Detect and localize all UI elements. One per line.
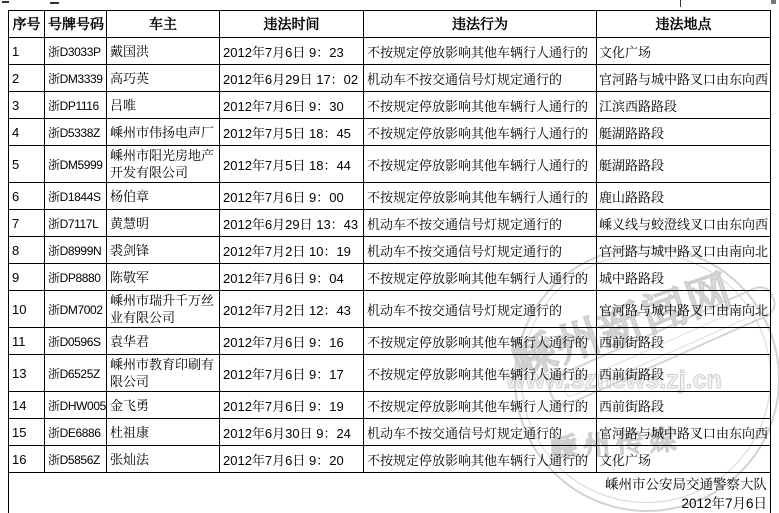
cell-plate: 浙DP8880 xyxy=(45,264,107,291)
table-body: 1浙D3033P戴国洪2012年7月6日 9：23不按规定停放影响其他车辆行人通… xyxy=(9,38,771,513)
table-row: 2浙DM3339高巧英2012年6月29日 17：02机动车不按交通信号灯规定通… xyxy=(9,65,771,92)
table-row: 13浙D6525Z嵊州市教育印刷有限公司2012年7月6日 9：17不按规定停放… xyxy=(9,355,771,392)
cell-owner: 高巧英 xyxy=(107,65,220,92)
table-row: 8浙D8999N裘剑锋2012年7月2日 10：19机动车不按交通信号灯规定通行… xyxy=(9,237,771,264)
cell-no: 4 xyxy=(9,119,45,146)
cell-time: 2012年7月5日 18：45 xyxy=(220,119,364,146)
cell-no: 7 xyxy=(9,210,45,237)
cell-owner: 陈敬军 xyxy=(107,264,220,291)
cell-violation: 机动车不按交通信号灯规定通行的 xyxy=(364,291,597,328)
cell-no: 3 xyxy=(9,92,45,119)
table-row: 11浙D0596S袁华君2012年7月6日 9：16不按规定停放影响其他车辆行人… xyxy=(9,328,771,355)
cell-plate: 浙D8999N xyxy=(45,237,107,264)
cell-location: 鹿山路路段 xyxy=(597,183,771,210)
cell-time: 2012年7月6日 9：17 xyxy=(220,355,364,392)
cell-violation: 不按规定停放影响其他车辆行人通行的 xyxy=(364,183,597,210)
cell-owner: 裘剑锋 xyxy=(107,237,220,264)
cell-location: 西前街路段 xyxy=(597,392,771,419)
signature-row: 嵊州市公安局交通警察大队2012年7月6日 xyxy=(9,473,771,513)
signature-cell: 嵊州市公安局交通警察大队2012年7月6日 xyxy=(9,473,771,513)
table-row: 9浙DP8880陈敬军2012年7月6日 9：04不按规定停放影响其他车辆行人通… xyxy=(9,264,771,291)
cell-owner: 黄慧明 xyxy=(107,210,220,237)
cell-time: 2012年6月30日 9：24 xyxy=(220,419,364,446)
cell-time: 2012年7月6日 9：19 xyxy=(220,392,364,419)
cell-plate: 浙D6525Z xyxy=(45,355,107,392)
cell-violation: 机动车不按交通信号灯规定通行的 xyxy=(364,65,597,92)
column-header: 车主 xyxy=(107,11,220,38)
cell-violation: 不按规定停放影响其他车辆行人通行的 xyxy=(364,328,597,355)
cell-owner: 嵊州市瑞升千万丝业有限公司 xyxy=(107,291,220,328)
clipped-text-remnant xyxy=(680,0,681,7)
cell-plate: 浙DHW005 xyxy=(45,392,107,419)
table-row: 3浙DP1116吕唯2012年7月6日 9：30不按规定停放影响其他车辆行人通行… xyxy=(9,92,771,119)
cell-no: 2 xyxy=(9,65,45,92)
cell-owner: 袁华君 xyxy=(107,328,220,355)
cell-plate: 浙DE6886 xyxy=(45,419,107,446)
clipped-text-remnant xyxy=(50,2,59,4)
cell-location: 艇湖路路段 xyxy=(597,119,771,146)
cell-no: 9 xyxy=(9,264,45,291)
cell-owner: 金飞勇 xyxy=(107,392,220,419)
cell-owner: 嵊州市教育印刷有限公司 xyxy=(107,355,220,392)
cell-time: 2012年7月5日 18：44 xyxy=(220,146,364,183)
cell-time: 2012年7月6日 9：00 xyxy=(220,183,364,210)
cell-location: 西前街路段 xyxy=(597,355,771,392)
cell-no: 1 xyxy=(9,38,45,65)
cell-time: 2012年6月29日 13：43 xyxy=(220,210,364,237)
cell-owner: 嵊州市伟扬电声厂 xyxy=(107,119,220,146)
cell-violation: 不按规定停放影响其他车辆行人通行的 xyxy=(364,392,597,419)
cell-location: 官河路与城中路叉口由东向西 xyxy=(597,419,771,446)
cell-location: 官河路与城中路叉口由东向西 xyxy=(597,65,771,92)
cell-time: 2012年7月6日 9：04 xyxy=(220,264,364,291)
cell-plate: 浙DM7002 xyxy=(45,291,107,328)
cell-plate: 浙D5338Z xyxy=(45,119,107,146)
cell-owner: 张灿法 xyxy=(107,446,220,473)
column-header: 序号 xyxy=(9,11,45,38)
column-header: 违法行为 xyxy=(364,11,597,38)
cell-plate: 浙D7117L xyxy=(45,210,107,237)
cell-owner: 嵊州市阳光房地产开发有限公司 xyxy=(107,146,220,183)
cell-time: 2012年7月2日 10：19 xyxy=(220,237,364,264)
cell-location: 文化广场 xyxy=(597,446,771,473)
cell-owner: 吕唯 xyxy=(107,92,220,119)
table-row: 6浙D1844S杨伯章2012年7月6日 9：00不按规定停放影响其他车辆行人通… xyxy=(9,183,771,210)
cell-location: 艇湖路路段 xyxy=(597,146,771,183)
cell-no: 11 xyxy=(9,328,45,355)
cell-violation: 机动车不按交通信号灯规定通行的 xyxy=(364,419,597,446)
cell-no: 10 xyxy=(9,291,45,328)
cell-violation: 机动车不按交通信号灯规定通行的 xyxy=(364,210,597,237)
cell-owner: 杜祖康 xyxy=(107,419,220,446)
page: 嵊州新闻网 www.sznews.zj.cn 嵊州传媒 序号号牌号码车主违法时间… xyxy=(0,0,779,513)
clipped-text-remnant xyxy=(771,0,776,4)
cell-plate: 浙DP1116 xyxy=(45,92,107,119)
table-row: 4浙D5338Z嵊州市伟扬电声厂2012年7月5日 18：45不按规定停放影响其… xyxy=(9,119,771,146)
cell-time: 2012年7月6日 9：20 xyxy=(220,446,364,473)
table-row: 7浙D7117L黄慧明2012年6月29日 13：43机动车不按交通信号灯规定通… xyxy=(9,210,771,237)
header-row: 序号号牌号码车主违法时间违法行为违法地点 xyxy=(9,11,771,38)
table-row: 5浙DM5999嵊州市阳光房地产开发有限公司2012年7月5日 18：44不按规… xyxy=(9,146,771,183)
cell-owner: 杨伯章 xyxy=(107,183,220,210)
cell-no: 14 xyxy=(9,392,45,419)
cell-violation: 不按规定停放影响其他车辆行人通行的 xyxy=(364,355,597,392)
cell-time: 2012年7月6日 9：23 xyxy=(220,38,364,65)
cell-plate: 浙D1844S xyxy=(45,183,107,210)
cell-no: 8 xyxy=(9,237,45,264)
table-row: 14浙DHW005金飞勇2012年7月6日 9：19不按规定停放影响其他车辆行人… xyxy=(9,392,771,419)
cell-violation: 不按规定停放影响其他车辆行人通行的 xyxy=(364,446,597,473)
cell-violation: 不按规定停放影响其他车辆行人通行的 xyxy=(364,146,597,183)
column-header: 违法时间 xyxy=(220,11,364,38)
cell-no: 5 xyxy=(9,146,45,183)
cell-time: 2012年7月6日 9：16 xyxy=(220,328,364,355)
cell-no: 13 xyxy=(9,355,45,392)
cell-plate: 浙D5856Z xyxy=(45,446,107,473)
cell-location: 官河路与城中路叉口由南向北 xyxy=(597,237,771,264)
cell-plate: 浙DM5999 xyxy=(45,146,107,183)
table-row: 15浙DE6886杜祖康2012年6月30日 9：24机动车不按交通信号灯规定通… xyxy=(9,419,771,446)
cell-plate: 浙DM3339 xyxy=(45,65,107,92)
cell-location: 文化广场 xyxy=(597,38,771,65)
column-header: 号牌号码 xyxy=(45,11,107,38)
cell-no: 16 xyxy=(9,446,45,473)
cell-time: 2012年7月2日 12：43 xyxy=(220,291,364,328)
cell-no: 15 xyxy=(9,419,45,446)
cell-violation: 不按规定停放影响其他车辆行人通行的 xyxy=(364,264,597,291)
cell-location: 嵊义线与蛟澄线叉口由东向西 xyxy=(597,210,771,237)
violations-table: 序号号牌号码车主违法时间违法行为违法地点 1浙D3033P戴国洪2012年7月6… xyxy=(8,10,771,513)
table-row: 16浙D5856Z张灿法2012年7月6日 9：20不按规定停放影响其他车辆行人… xyxy=(9,446,771,473)
cell-violation: 不按规定停放影响其他车辆行人通行的 xyxy=(364,119,597,146)
cell-plate: 浙D3033P xyxy=(45,38,107,65)
cell-time: 2012年6月29日 17：02 xyxy=(220,65,364,92)
cell-plate: 浙D0596S xyxy=(45,328,107,355)
cell-violation: 不按规定停放影响其他车辆行人通行的 xyxy=(364,92,597,119)
cell-location: 西前街路段 xyxy=(597,328,771,355)
cell-owner: 戴国洪 xyxy=(107,38,220,65)
column-header: 违法地点 xyxy=(597,11,771,38)
cell-location: 城中路路段 xyxy=(597,264,771,291)
issuing-agency: 嵊州市公安局交通警察大队 xyxy=(12,475,767,494)
issue-date: 2012年7月6日 xyxy=(12,494,767,513)
cell-location: 江滨西路路段 xyxy=(597,92,771,119)
cell-location: 官河路与城中路叉口由南向北 xyxy=(597,291,771,328)
cell-violation: 机动车不按交通信号灯规定通行的 xyxy=(364,237,597,264)
cell-no: 6 xyxy=(9,183,45,210)
table-row: 10浙DM7002嵊州市瑞升千万丝业有限公司2012年7月2日 12：43机动车… xyxy=(9,291,771,328)
cell-violation: 不按规定停放影响其他车辆行人通行的 xyxy=(364,38,597,65)
clipped-text-remnant xyxy=(2,1,9,3)
table-row: 1浙D3033P戴国洪2012年7月6日 9：23不按规定停放影响其他车辆行人通… xyxy=(9,38,771,65)
cell-time: 2012年7月6日 9：30 xyxy=(220,92,364,119)
